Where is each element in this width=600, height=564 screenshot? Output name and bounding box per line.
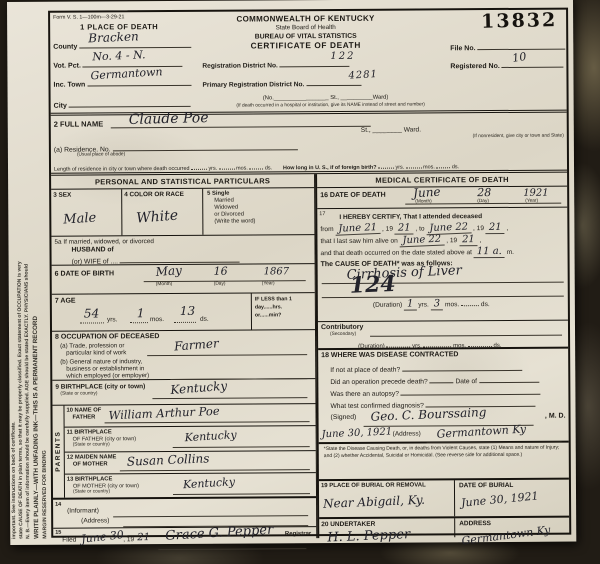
foreign-mos-label: mos. (423, 164, 435, 170)
question-operation-date-blank (479, 374, 539, 383)
signed-label: (Signed) (331, 414, 357, 421)
stamp-certificate-number: 13832 (481, 9, 558, 33)
meridiem-label: m. (507, 249, 514, 256)
certification-block: 17 I HEREBY CERTIFY, That I attended dec… (317, 208, 568, 323)
mother-bp-label1: 13 BIRTHPLACE (67, 476, 112, 482)
primary-district-label: Primary Registration District No. (202, 81, 304, 89)
date-of-birth-row: 6 DATE OF BIRTH May 16 1867 (Month) (Day… (52, 264, 315, 295)
dob-month-value: May (155, 263, 182, 279)
filed-row: 15 Filed June 30 , 19 21 Grace G. Pepper… (53, 527, 316, 540)
dod-year-note: (Year) (525, 199, 538, 204)
color-race-value: White (136, 208, 179, 227)
full-name-value: Claude Poe (129, 110, 209, 128)
registered-no-blank-line (502, 59, 564, 68)
informant-number: 14 (55, 502, 61, 508)
parents-rows: 10 NAME OF FATHER William Arthur Poe 11 … (64, 404, 316, 498)
residence-blank-line (112, 141, 297, 151)
md-label: , M. D. (545, 413, 566, 420)
dob-year-note: (Year) (262, 281, 275, 286)
undertaker-cell: 20 UNDERTAKER H. L. Pepper (319, 518, 455, 538)
age-yrs-label: yrs. (107, 316, 118, 323)
informant-address-label: (Address) (81, 517, 109, 524)
mother-name-label2: OF MOTHER (73, 461, 108, 467)
married-note-2: HUSBAND of (71, 246, 113, 253)
mother-bp-value: Kentucky (183, 475, 236, 491)
cause-code-value: 124 (349, 271, 396, 299)
from-date-value: June 21 (335, 222, 380, 236)
contrib-ds-blank (468, 338, 492, 347)
from-label: from (320, 226, 333, 233)
dod-year-value: 1921 (523, 188, 549, 199)
wife-of-blank (120, 254, 240, 264)
marital-write-word-note: (Write the word) (207, 218, 314, 226)
to-label: , to (415, 225, 424, 232)
header-titles: COMMONWEALTH OF KENTUCKY State Board of … (198, 14, 413, 51)
inc-town-label: Inc. Town (53, 82, 85, 89)
nonresident-note: (If nonresident, give city or town and S… (473, 134, 564, 140)
contributory-blank (370, 327, 562, 337)
duration-label: (Duration) (373, 302, 402, 309)
age-values-cell: 7 AGE 54 yrs. 1 mos. 13 ds. (52, 294, 251, 331)
burial-date-cell: DATE OF BURIAL June 30, 1921 (455, 480, 569, 517)
mother-bp-label3: (State or country) (73, 489, 110, 494)
registered-no-field: Registered No. (450, 59, 563, 71)
question-place-text: If not at place of death? (330, 367, 400, 374)
sign-date-address-row: June 30, 1921 (Address) Germantown Ky (319, 425, 569, 445)
dob-day-note: (Day) (214, 282, 226, 287)
duration-ds-label: ds. (481, 301, 490, 308)
filed-label: Filed (62, 537, 76, 544)
mother-maiden-name-row: 12 MAIDEN NAME OF MOTHER Susan Collins (65, 451, 316, 475)
last-saw-year-preprint: , 19 (446, 237, 457, 244)
father-name-label2: FATHER (73, 414, 96, 420)
abode-note: (Usual place of abode) (77, 152, 125, 157)
dod-label: 16 DATE OF DEATH (320, 192, 386, 199)
death-time-value: 11 a. (474, 246, 505, 258)
father-birthplace-row: 11 BIRTHPLACE OF FATHER (city or town) (… (65, 426, 316, 452)
street-ward-note: (No._________________ St., __________War… (211, 94, 441, 101)
parents-vertical-label: PARENTS (52, 406, 65, 498)
from-year-value: 21 (395, 223, 414, 235)
contributory-row: Contributory (Secondary) (Duration) yrs.… (318, 321, 568, 351)
dob-label: 6 DATE OF BIRTH (55, 270, 114, 277)
contributory-label: Contributory (321, 324, 363, 331)
length-label: Length of residence in city or town wher… (54, 166, 189, 173)
dod-month-note: (Month) (415, 199, 432, 204)
filed-year-value: 21 (137, 532, 150, 543)
mother-name-label1: 12 MAIDEN NAME (67, 454, 117, 460)
name-residence-block: 2 FULL NAME Claude Poe St., ________ War… (51, 113, 567, 176)
file-no-field: File No. (450, 41, 565, 53)
vot-pct-label: Vot. Pct. (53, 63, 81, 70)
sex-color-marital-row: 3 SEX Male 4 COLOR OR RACE White 5 Singl… (51, 188, 314, 237)
contrib-mos-blank (423, 338, 451, 347)
medical-section-title: MEDICAL CERTIFICATE OF DEATH (317, 173, 567, 189)
undertaker-value: H. L. Pepper (327, 527, 410, 545)
vot-pct-value: No. 4 - N. (92, 48, 146, 63)
father-name-row: 10 NAME OF FATHER William Arthur Poe (64, 404, 315, 428)
last-saw-label: that I last saw him alive on (320, 238, 397, 245)
certify-statement: I HEREBY CERTIFY, That I attended deceas… (317, 208, 567, 224)
occupation-a-blank (147, 346, 307, 356)
foreign-mos-blank (406, 159, 422, 168)
county-value: Bracken (88, 29, 139, 45)
if-less-line-3: or......min? (255, 311, 315, 319)
burial-place-cell: 19 PLACE OF BURIAL OR REMOVAL Near Abiga… (319, 480, 455, 517)
sex-cell: 3 SEX Male (51, 189, 122, 235)
duration-line: (Duration) 1 yrs. 3 mos. ds. (318, 297, 568, 312)
duration-months-value: 3 (431, 298, 443, 310)
foreign-yrs-blank (378, 160, 394, 169)
registrar-label: Registrar (285, 531, 311, 537)
file-no-label: File No. (450, 45, 475, 52)
undertaker-address-label: ADDRESS (459, 520, 491, 527)
last-saw-comma: , (480, 237, 482, 244)
duration-ds-blank (461, 297, 479, 306)
father-name-label1: 10 NAME OF (66, 407, 101, 413)
birthplace-row: 9 BIRTHPLACE (city or town) (State or co… (52, 379, 315, 406)
age-mos-blank (130, 314, 148, 323)
sex-label: 3 SEX (53, 192, 71, 199)
birthplace-label: 9 BIRTHPLACE (city or town) (55, 383, 145, 391)
burial-place-value: Near Abigail, Ky. (323, 493, 425, 511)
dob-day-value: 16 (214, 265, 228, 278)
burial-row: 19 PLACE OF BURIAL OR REMOVAL Near Abiga… (319, 480, 569, 520)
certificate-paper: important. See instructions on back of c… (7, 0, 576, 545)
question-operation-text: Did an operation precede death? (330, 378, 427, 386)
age-row: 7 AGE 54 yrs. 1 mos. 13 ds. IF (52, 293, 315, 332)
length-ds-blank (249, 160, 263, 169)
filed-number: 15 (55, 530, 61, 536)
foreign-label: How long in U. S., if of foreign birth? (283, 165, 376, 172)
form-header: Form V. S. 1—100m—3-29-21 1 PLACE OF DEA… (50, 10, 567, 116)
mother-birthplace-row: 13 BIRTHPLACE OF MOTHER (city or town) (… (65, 473, 316, 498)
primary-district-value: 4281 (348, 69, 378, 82)
length-mos-blank (219, 161, 235, 170)
filed-date-value: June 30 (81, 528, 125, 546)
city-blank-line (69, 98, 191, 108)
dob-month-note: (Month) (156, 282, 173, 287)
age-mos-label: mos. (150, 316, 164, 323)
age-ds-label: ds. (200, 316, 209, 323)
form-number: Form V. S. 1—100m—3-29-21 (53, 14, 124, 20)
burial-place-label: 19 PLACE OF BURIAL OR REMOVAL (321, 482, 426, 489)
duration-years-value: 1 (404, 299, 416, 311)
personal-column: PERSONAL AND STATISTICAL PARTICULARS 3 S… (51, 174, 317, 540)
occupation-a-line2: particular kind of work (66, 349, 126, 356)
marital-status-cell: 5 Single Married Widowed or Divorced (Wr… (203, 188, 314, 235)
mother-name-value: Susan Collins (127, 451, 210, 468)
length-yrs-blank (191, 161, 207, 170)
secondary-label: (Secondary) (330, 332, 356, 337)
undertaker-address-cell: ADDRESS Germantown Ky (455, 518, 569, 538)
question-operation-date-text: Date of (455, 378, 477, 385)
last-saw-year-value: 21 (459, 234, 478, 246)
dod-day-value: 28 (477, 186, 491, 199)
city-field: City (54, 98, 191, 110)
color-race-cell: 4 COLOR OR RACE White (122, 189, 203, 235)
sign-date-value: June 30, 1921 (321, 426, 392, 440)
primary-district-field: Primary Registration District No. (202, 76, 452, 89)
date-of-death-row: 16 DATE OF DEATH June 28 1921 (Month) (D… (317, 187, 567, 210)
father-bp-label3: (State or country) (73, 443, 110, 448)
registration-district-field: Registration District No. (202, 57, 437, 69)
length-mos-label: mos. (236, 166, 248, 172)
dob-year-value: 1867 (264, 266, 290, 277)
contrib-yrs-blank (386, 339, 410, 348)
registered-no-value: 10 (511, 50, 527, 65)
hospital-note: (If death occurred in a hospital or inst… (201, 102, 461, 109)
sign-address-label: (Address) (393, 430, 421, 437)
residence-length-line: Length of residence in city or town wher… (54, 159, 562, 173)
registered-no-label: Registered No. (450, 63, 499, 70)
birthplace-sub-label: (State or country) (60, 391, 97, 396)
city-label: City (54, 103, 67, 110)
sex-value: Male (63, 211, 97, 228)
if-less-than-day-cell: IF LESS than 1 day......hrs. or......min… (251, 293, 315, 329)
disease-contracted-block: 18 WHERE WAS DISEASE CONTRACTED If not a… (318, 349, 568, 427)
county-label: County (53, 44, 77, 51)
certificate-title: CERTIFICATE OF DEATH (198, 41, 413, 51)
question-autopsy-text: Was there an autopsy? (330, 391, 399, 398)
columns-container: PERSONAL AND STATISTICAL PARTICULARS 3 S… (51, 173, 569, 540)
length-ds-label: ds. (265, 165, 272, 171)
parents-label-text: PARENTS (55, 431, 62, 472)
file-no-blank-line (477, 41, 565, 51)
question-autopsy-blank (401, 386, 541, 396)
occupation-label: 8 OCCUPATION OF DECEASED (55, 333, 159, 341)
certify-number: 17 (319, 211, 325, 217)
filed-year-preprint: , 19 (123, 536, 134, 543)
margin-note-binding: MARGIN RESERVED FOR BINDING (39, 8, 48, 539)
duration-mos-label: mos. (445, 301, 459, 308)
husband-wife-row: 5a If married, widowed, or divorced HUSB… (51, 235, 314, 266)
question-operation-blank (430, 374, 454, 383)
age-label: 7 AGE (55, 298, 76, 305)
left-margin-strip: important. See instructions on back of c… (7, 2, 50, 545)
dod-day-note: (Day) (477, 199, 489, 204)
full-name-label: 2 FULL NAME (54, 119, 104, 128)
burial-date-value: June 30, 1921 (461, 489, 539, 509)
from-year-preprint: , 19 (382, 226, 393, 233)
duration-yrs-label: yrs. (418, 301, 429, 308)
question-place-blank (402, 362, 522, 372)
last-saw-date-value: June 22 (399, 234, 444, 248)
occurred-label: and that death occurred on the date stat… (321, 249, 472, 257)
medical-column: MEDICAL CERTIFICATE OF DEATH 16 DATE OF … (315, 173, 569, 539)
father-bp-label1: 11 BIRTHPLACE (67, 430, 112, 436)
certificate-form: Form V. S. 1—100m—3-29-21 1 PLACE OF DEA… (48, 8, 571, 538)
informant-row: 14 (Informant) (Address) (53, 498, 316, 529)
reg-district-label: Registration District No. (202, 62, 278, 69)
contracted-label: 18 WHERE WAS DISEASE CONTRACTED (321, 351, 458, 359)
color-race-label: 4 COLOR OR RACE (124, 191, 184, 198)
street-ward-line: St., ________ Ward. (361, 126, 421, 133)
footnote-block: *State the Disease Causing Death, or, in… (319, 443, 569, 482)
age-yrs-blank (80, 314, 104, 323)
undertaker-row: 20 UNDERTAKER H. L. Pepper ADDRESS Germa… (319, 518, 569, 539)
informant-blank (113, 507, 308, 517)
dod-month-value: June (413, 185, 441, 201)
to-year-preprint: , 19 (473, 225, 484, 232)
occupation-row: 8 OCCUPATION OF DECEASED (a) Trade, prof… (52, 330, 315, 381)
occupation-b-line3: which employed (or employer) (66, 372, 149, 380)
to-year-value: 21 (486, 222, 505, 234)
undertaker-label: 20 UNDERTAKER (321, 521, 375, 528)
married-note-1: 5a If married, widowed, or divorced (54, 238, 154, 246)
parents-section: PARENTS 10 NAME OF FATHER William Arthur… (52, 404, 316, 500)
length-yrs-label: yrs. (208, 166, 217, 172)
contributory-duration-line: (Duration) yrs. mos. ds. (358, 338, 501, 350)
to-comma: , (506, 225, 508, 232)
foreign-yrs-label: yrs. (395, 165, 404, 171)
age-ds-blank (174, 314, 196, 323)
scanned-photo-background: important. See instructions on back of c… (0, 0, 600, 564)
reg-district-value: 122 (330, 51, 355, 62)
foreign-ds-label: ds. (452, 164, 459, 170)
informant-label: (Informant) (67, 507, 99, 514)
burial-date-label: DATE OF BURIAL (459, 482, 513, 489)
foreign-ds-blank (436, 159, 450, 168)
